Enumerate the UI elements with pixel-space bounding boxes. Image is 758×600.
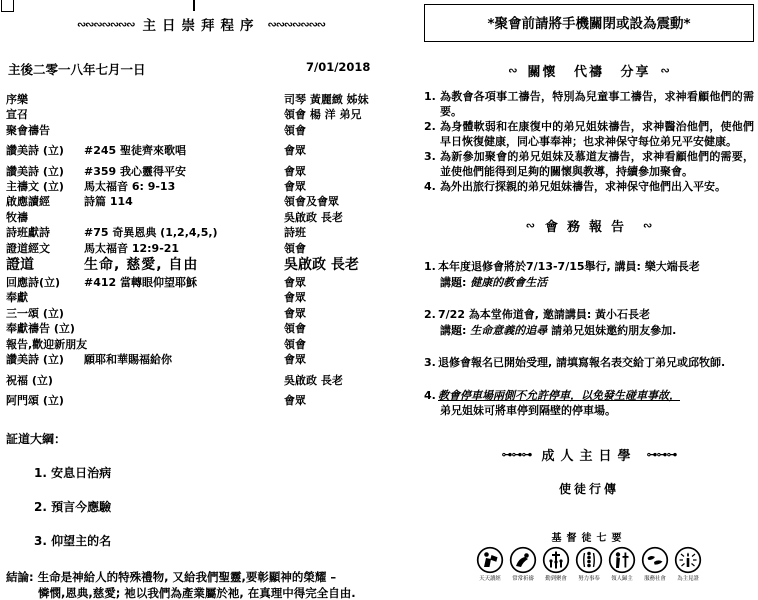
logo-icon-row: 天天讀經 常常祈禱 bbox=[424, 546, 754, 583]
program-item-who: 會眾 bbox=[284, 275, 396, 290]
prayer-item-text: 為外出旅行探親的弟兄姐妹禱告，求神保守他們出入平安。 bbox=[440, 179, 754, 194]
chain-ornament-left-icon: ∾∾∾∾∾∾∾ bbox=[77, 18, 135, 31]
program-item-who: 領會及會眾 bbox=[284, 194, 396, 209]
prayer-item: 4. 為外出旅行探親的弟兄姐妹禱告，求神保守他們出入平安。 bbox=[424, 179, 754, 194]
diligent-service-icon bbox=[575, 546, 603, 574]
lead-people-to-lord-icon bbox=[608, 546, 636, 574]
program-row: 讚美詩 (立) #245 聖徒齊來歌唱 會眾 bbox=[6, 143, 396, 158]
sermon-title: 生命, 慈愛, 自由 bbox=[84, 256, 284, 275]
program-item-content: #75 奇異恩典 (1,2,4,5,) bbox=[84, 225, 284, 240]
program-item-label: 詩班獻詩 bbox=[6, 225, 84, 240]
date-numeric: 7/01/2018 bbox=[306, 60, 370, 74]
phone-notice-box: *聚會前請將手機關閉或設為震動* bbox=[424, 4, 754, 42]
announcement-topic-line: 講題: 健康的教會生活 bbox=[438, 275, 754, 291]
topic-rest: 請弟兄姐妹邀約朋友參加. bbox=[547, 324, 676, 337]
logo-caption: 天天讀經 bbox=[479, 575, 501, 582]
logo-caption: 努力事奉 bbox=[578, 575, 600, 582]
program-item-content: 馬太福音 12:9-21 bbox=[84, 241, 284, 256]
program-row: 報告,歡迎新朋友 領會 bbox=[6, 337, 396, 352]
link-chain-right-icon: ⊶⊶⊶ bbox=[647, 448, 677, 461]
sermon-outline-title: 証道大綱： bbox=[6, 430, 396, 447]
topic-label: 講題: bbox=[440, 276, 470, 289]
announcement-list: 1. 本年度退修會將於7/13-7/15舉行, 講員: 樂大端長老 講題: 健康… bbox=[424, 259, 754, 419]
program-item-content bbox=[84, 393, 284, 408]
program-row: 主禱文 (立) 馬太福音 6: 9-13 會眾 bbox=[6, 179, 396, 194]
sunday-school-book: 使徒行傳 bbox=[424, 480, 754, 497]
program-item-content: 馬太福音 6: 9-13 bbox=[84, 179, 284, 194]
program-row: 讚美詩 (立) 願耶和華賜福給你 會眾 bbox=[6, 352, 396, 367]
program-item-content bbox=[84, 306, 284, 321]
logo-item: 領人歸主 bbox=[607, 546, 638, 583]
announcements-column: *聚會前請將手機關閉或設為震動* ∾ 關懷 代禱 分享 ∾ 1. 為教會各項事工… bbox=[424, 4, 754, 583]
announcement-line: 本年度退修會將於7/13-7/15舉行, 講員: 樂大端長老 bbox=[438, 260, 700, 273]
logo-caption: 服務社會 bbox=[644, 575, 666, 582]
program-row: 啟應讀經 詩篇 114 領會及會眾 bbox=[6, 194, 396, 209]
item-number: 3. bbox=[424, 355, 438, 371]
program-item-content bbox=[84, 107, 284, 122]
program-item-label: 牧禱 bbox=[6, 210, 84, 225]
topic-label: 講題: bbox=[440, 324, 470, 337]
program-row: 序樂 司琴 黃麗緻 姊妹 bbox=[6, 92, 396, 107]
announcement-topic-line: 講題: 生命意義的追尋 請弟兄姐妹邀約朋友參加. bbox=[438, 323, 754, 339]
program-row: 詩班獻詩 #75 奇異恩典 (1,2,4,5,) 詩班 bbox=[6, 225, 396, 240]
program-item-who: 會眾 bbox=[284, 352, 396, 367]
link-chain-left-icon: ⊶⊶⊶ bbox=[501, 448, 531, 461]
program-item-who: 吳啟政 長老 bbox=[284, 373, 396, 388]
conclusion-line-2: 憐憫,恩典,慈愛; 祂以我們為產業屬於祂, 在真理中得完全自由. bbox=[6, 585, 396, 600]
parking-info-line: 弟兄姐妹可將車停到隔壁的停車場。 bbox=[438, 403, 754, 419]
care-header-text: 關懷 代禱 分享 bbox=[527, 61, 650, 80]
item-number: 1. bbox=[424, 89, 440, 119]
logo-caption: 領人歸主 bbox=[611, 575, 633, 582]
item-number: 2. bbox=[424, 307, 438, 338]
program-row: 三一頌 (立) 會眾 bbox=[6, 306, 396, 321]
program-item-label: 阿門頌 (立) bbox=[6, 393, 84, 408]
parking-warning-line: 教會停車場兩側不允許停車，以免發生碰車事故， bbox=[438, 389, 680, 402]
announcement-item: 1. 本年度退修會將於7/13-7/15舉行, 講員: 樂大端長老 講題: 健康… bbox=[424, 259, 754, 290]
program-item-who: 吳啟政 長老 bbox=[284, 210, 396, 225]
date-chinese: 主後二零一八年七月一日 bbox=[8, 60, 146, 78]
witness-candle-icon bbox=[674, 546, 702, 574]
program-item-who: 領會 bbox=[284, 241, 396, 256]
item-number: 3. bbox=[424, 149, 440, 179]
logo-item: 常常祈禱 bbox=[508, 546, 539, 583]
care-prayer-share-header: ∾ 關懷 代禱 分享 ∾ bbox=[424, 61, 754, 80]
program-row: 宣召 領會 楊 洋 弟兄 bbox=[6, 107, 396, 122]
prayer-item: 3. 為新參加聚會的弟兄姐妹及慕道友禱告，求神看顧他們的需要，並使他們能得到足夠… bbox=[424, 149, 754, 179]
program-item-who: 領會 bbox=[284, 337, 396, 352]
prayer-item: 2. 為身體軟弱和在康復中的弟兄姐妹禱告，求神醫治他們，使他們早日恢復健康，同心… bbox=[424, 119, 754, 149]
prayer-item-text: 為教會各項事工禱告，特別為兒童事工禱告，求神看顧他們的需要。 bbox=[440, 89, 754, 119]
announcement-item: 2. 7/22 為本堂佈道會, 邀請講員: 黃小石長老 講題: 生命意義的追尋 … bbox=[424, 307, 754, 338]
program-item-label: 報告,歡迎新朋友 bbox=[6, 337, 84, 352]
program-item-label: 證道經文 bbox=[6, 241, 84, 256]
announcement-item: 3. 退修會報名已開始受理, 請填寫報名表交給丁弟兄或邱牧師. bbox=[424, 355, 754, 371]
worship-order-column: ∾∾∾∾∾∾∾ 主日崇拜程序 ∾∾∾∾∾∾∾ 主後二零一八年七月一日 7/01/… bbox=[6, 8, 396, 600]
program-item-content: #412 當轉眼仰望耶穌 bbox=[84, 275, 284, 290]
sunday-school-title: 成人主日學 bbox=[541, 445, 636, 464]
program-item-who: 會眾 bbox=[284, 290, 396, 305]
program-item-content bbox=[84, 373, 284, 388]
program-row: 回應詩(立) #412 當轉眼仰望耶穌 會眾 bbox=[6, 275, 396, 290]
bulletin-page: ∾∾∾∾∾∾∾ 主日崇拜程序 ∾∾∾∾∾∾∾ 主後二零一八年七月一日 7/01/… bbox=[0, 0, 758, 600]
logo-caption: 為主見證 bbox=[677, 575, 699, 582]
program-item-content: 詩篇 114 bbox=[84, 194, 284, 209]
announcement-text: 7/22 為本堂佈道會, 邀請講員: 黃小石長老 講題: 生命意義的追尋 請弟兄… bbox=[438, 307, 754, 338]
announcement-text: 退修會報名已開始受理, 請填寫報名表交給丁弟兄或邱牧師. bbox=[438, 355, 754, 371]
program-item-label: 啟應讀經 bbox=[6, 194, 84, 209]
program-item-who: 會眾 bbox=[284, 164, 396, 179]
program-item-label: 讚美詩 (立) bbox=[6, 143, 84, 158]
sermon-row: 證道 生命, 慈愛, 自由 吳啟政 長老 bbox=[6, 256, 396, 275]
sermon-outline-point: 3. 仰望主的名 bbox=[34, 532, 396, 549]
attend-meetings-icon bbox=[542, 546, 570, 574]
sermon-conclusion: 結論: 生命是神給人的特殊禮物, 又給我們聖靈,要彰顯神的榮耀 – 憐憫,恩典,… bbox=[6, 569, 396, 600]
flourish-right-icon: ∾ bbox=[643, 219, 652, 232]
logo-caption: 常常祈禱 bbox=[512, 575, 534, 582]
item-number: 4. bbox=[424, 388, 438, 419]
constant-prayer-icon bbox=[509, 546, 537, 574]
christian-seven-essentials-logo: 基督徒七要 天天讀經 bbox=[424, 529, 754, 583]
program-item-label: 回應詩(立) bbox=[6, 275, 84, 290]
program-item-label: 讚美詩 (立) bbox=[6, 164, 84, 179]
program-item-label: 三一頌 (立) bbox=[6, 306, 84, 321]
logo-item: 為主見證 bbox=[673, 546, 704, 583]
program-item-label: 奉獻禱告 (立) bbox=[6, 321, 84, 336]
program-item-content bbox=[84, 337, 284, 352]
program-item-label: 祝福 (立) bbox=[6, 373, 84, 388]
program-item-label: 奉獻 bbox=[6, 290, 84, 305]
date-row: 主後二零一八年七月一日 7/01/2018 bbox=[6, 60, 396, 78]
program-item-label: 聚會禱告 bbox=[6, 123, 84, 138]
announcement-text: 本年度退修會將於7/13-7/15舉行, 講員: 樂大端長老 講題: 健康的教會… bbox=[438, 259, 754, 290]
program-item-label: 讚美詩 (立) bbox=[6, 352, 84, 367]
program-item-who: 詩班 bbox=[284, 225, 396, 240]
sermon-outline-point: 1. 安息日治病 bbox=[34, 464, 396, 481]
flourish-left-icon: ∾ bbox=[526, 219, 535, 232]
report-header-text: 會務報告 bbox=[545, 216, 633, 235]
logo-item: 服務社會 bbox=[640, 546, 671, 583]
title-row: ∾∾∾∾∾∾∾ 主日崇拜程序 ∾∾∾∾∾∾∾ bbox=[6, 14, 396, 34]
program-item-label: 主禱文 (立) bbox=[6, 179, 84, 194]
topic-title: 生命意義的追尋 bbox=[470, 324, 547, 337]
church-affairs-header: ∾ 會務報告 ∾ bbox=[424, 216, 754, 235]
program-item-who: 會眾 bbox=[284, 306, 396, 321]
topic-title: 健康的教會生活 bbox=[470, 276, 547, 289]
program-row: 阿門頌 (立) 會眾 bbox=[6, 393, 396, 408]
program-item-content bbox=[84, 210, 284, 225]
program-item-content: #359 我心靈得平安 bbox=[84, 164, 284, 179]
program-list: 序樂 司琴 黃麗緻 姊妹 宣召 領會 楊 洋 弟兄 聚會禱告 領會 讚美詩 (立… bbox=[6, 92, 396, 408]
program-item-content: #245 聖徒齊來歌唱 bbox=[84, 143, 284, 158]
program-item-label: 證道 bbox=[6, 256, 84, 275]
program-item-who: 領會 bbox=[284, 321, 396, 336]
logo-item: 天天讀經 bbox=[475, 546, 506, 583]
page-title: 主日崇拜程序 bbox=[143, 14, 260, 34]
program-row: 證道經文 馬太福音 12:9-21 領會 bbox=[6, 241, 396, 256]
adult-sunday-school-header: ⊶⊶⊶ 成人主日學 ⊶⊶⊶ bbox=[424, 445, 754, 464]
prayer-item: 1. 為教會各項事工禱告，特別為兒童事工禱告，求神看顧他們的需要。 bbox=[424, 89, 754, 119]
sermon-outline-point: 2. 預言今應驗 bbox=[34, 498, 396, 515]
program-item-content bbox=[84, 290, 284, 305]
daily-bible-reading-icon bbox=[476, 546, 504, 574]
logo-caption: 勤到聚會 bbox=[545, 575, 567, 582]
prayer-items-list: 1. 為教會各項事工禱告，特別為兒童事工禱告，求神看顧他們的需要。 2. 為身體… bbox=[424, 89, 754, 194]
chain-ornament-right-icon: ∾∾∾∾∾∾∾ bbox=[268, 18, 326, 31]
conclusion-line-1: 結論: 生命是神給人的特殊禮物, 又給我們聖靈,要彰顯神的榮耀 – bbox=[6, 569, 396, 585]
serve-society-icon bbox=[641, 546, 669, 574]
program-item-label: 序樂 bbox=[6, 92, 84, 107]
announcement-line: 7/22 為本堂佈道會, 邀請講員: 黃小石長老 bbox=[438, 308, 650, 321]
item-number: 1. bbox=[424, 259, 438, 290]
program-item-who: 司琴 黃麗緻 姊妹 bbox=[284, 92, 396, 107]
sermon-speaker: 吳啟政 長老 bbox=[284, 256, 396, 275]
flourish-right-icon: ∾ bbox=[661, 64, 670, 77]
program-row: 祝福 (立) 吳啟政 長老 bbox=[6, 373, 396, 388]
prayer-item-text: 為新參加聚會的弟兄姐妹及慕道友禱告，求神看顧他們的需要，並使他們能得到足夠的關懷… bbox=[440, 149, 754, 179]
program-item-label: 宣召 bbox=[6, 107, 84, 122]
program-item-content bbox=[84, 92, 284, 107]
program-row: 讚美詩 (立) #359 我心靈得平安 會眾 bbox=[6, 164, 396, 179]
announcement-line: 退修會報名已開始受理, 請填寫報名表交給丁弟兄或邱牧師. bbox=[438, 356, 725, 369]
announcement-text: 教會停車場兩側不允許停車，以免發生碰車事故， 弟兄姐妹可將車停到隔壁的停車場。 bbox=[438, 388, 754, 419]
program-item-content bbox=[84, 123, 284, 138]
program-item-who: 會眾 bbox=[284, 143, 396, 158]
program-item-content bbox=[84, 321, 284, 336]
announcement-item: 4. 教會停車場兩側不允許停車，以免發生碰車事故， 弟兄姐妹可將車停到隔壁的停車… bbox=[424, 388, 754, 419]
logo-title: 基督徒七要 bbox=[424, 529, 754, 544]
program-item-who: 會眾 bbox=[284, 393, 396, 408]
logo-item: 努力事奉 bbox=[574, 546, 605, 583]
program-item-who: 領會 bbox=[284, 123, 396, 138]
program-row: 奉獻 會眾 bbox=[6, 290, 396, 305]
phone-notice-text: *聚會前請將手機關閉或設為震動* bbox=[487, 16, 690, 32]
item-number: 2. bbox=[424, 119, 440, 149]
program-row: 奉獻禱告 (立) 領會 bbox=[6, 321, 396, 336]
prayer-item-text: 為身體軟弱和在康復中的弟兄姐妹禱告，求神醫治他們，使他們早日恢復健康，同心事奉神… bbox=[440, 119, 754, 149]
program-row: 聚會禱告 領會 bbox=[6, 123, 396, 138]
program-item-content: 願耶和華賜福給你 bbox=[84, 352, 284, 367]
program-row: 牧禱 吳啟政 長老 bbox=[6, 210, 396, 225]
program-item-who: 領會 楊 洋 弟兄 bbox=[284, 107, 396, 122]
program-item-who: 會眾 bbox=[284, 179, 396, 194]
flourish-left-icon: ∾ bbox=[508, 64, 517, 77]
logo-item: 勤到聚會 bbox=[541, 546, 572, 583]
item-number: 4. bbox=[424, 179, 440, 194]
